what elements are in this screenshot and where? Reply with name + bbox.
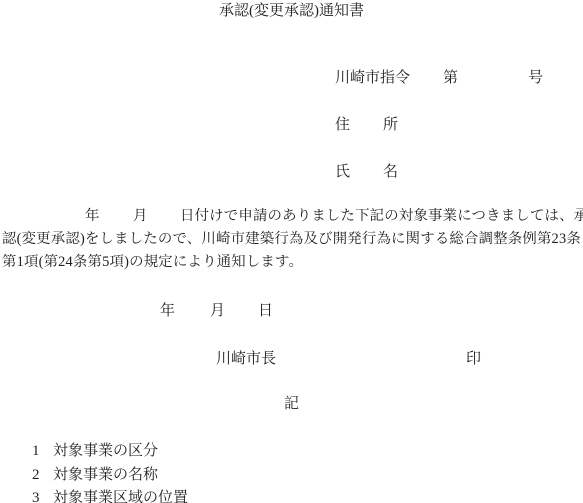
address-label-part2: 所 — [383, 116, 398, 134]
name-label-part2: 名 — [383, 163, 398, 181]
document-title: 承認(変更承認)通知書 — [0, 2, 583, 20]
body-line-2: 認(変更承認)をしましたので、川崎市建築行為及び開発行為に関する総合調整条例第2… — [2, 230, 581, 248]
issue-date-year: 年 — [160, 302, 175, 320]
mayor-signature-title: 川崎市長 — [216, 350, 276, 368]
reference-number-suffix: 号 — [528, 69, 543, 87]
list-item-1-number: 1 — [32, 442, 40, 460]
body-blank-year: 年 — [85, 207, 100, 225]
issue-date-day: 日 — [258, 302, 273, 320]
reference-number-prefix: 第 — [443, 69, 458, 87]
seal-mark: 印 — [466, 350, 481, 368]
notification-document: 承認(変更承認)通知書 川崎市指令 第 号 住 所 氏 名 年 月 日付けで申請… — [0, 0, 583, 503]
address-label-part1: 住 — [335, 116, 350, 134]
reference-issuer: 川崎市指令 — [335, 69, 410, 87]
issue-date-month: 月 — [210, 302, 225, 320]
list-item-2-number: 2 — [32, 466, 40, 484]
body-blank-month: 月 — [133, 207, 148, 225]
list-item-1-text: 対象事業の区分 — [53, 442, 158, 460]
list-item-3-text: 対象事業区域の位置 — [53, 489, 188, 503]
record-heading: 記 — [0, 395, 583, 413]
name-label-part1: 氏 — [335, 163, 350, 181]
body-line-1: 日付けで申請のありました下記の対象事業につきましては、承 — [180, 207, 583, 225]
body-line-3: 第1項(第24条第5項)の規定により通知します。 — [2, 253, 303, 271]
list-item-2-text: 対象事業の名称 — [53, 466, 158, 484]
list-item-3-number: 3 — [32, 489, 40, 503]
